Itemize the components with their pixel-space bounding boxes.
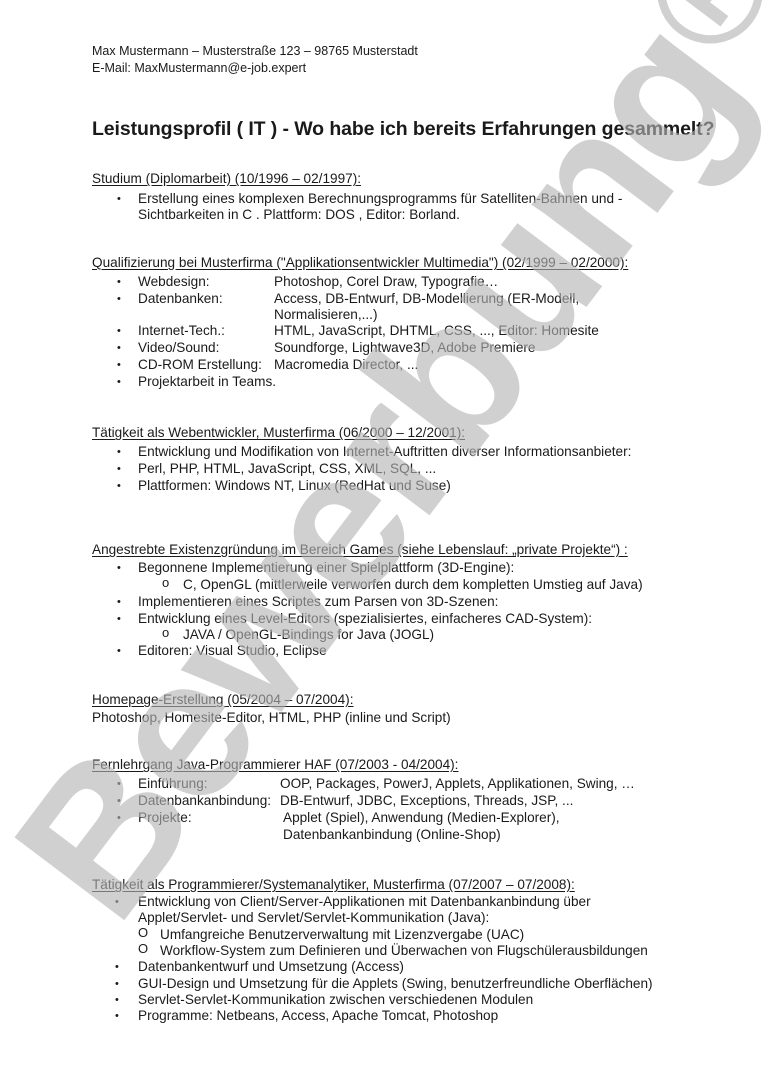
row-value: Macromedia Director, ...: [274, 356, 418, 373]
list-item: GUI-Design und Umsetzung für die Applets…: [138, 975, 653, 992]
sub-bullet-icon: o: [162, 575, 169, 590]
row-value: Soundforge, Lightwave3D, Adobe Premiere: [274, 339, 535, 356]
plain-line: Photoshop, Homesite-Editor, HTML, PHP (i…: [92, 709, 451, 726]
row-label: Projekte:: [138, 809, 192, 826]
bullet-icon: •: [117, 480, 121, 492]
bullet-icon: •: [117, 359, 121, 371]
bullet-icon: •: [117, 812, 121, 824]
bullet-icon: •: [117, 562, 121, 574]
bullet-icon: •: [117, 446, 121, 458]
section-heading-homepage: Homepage-Erstellung (05/2004 – 07/2004):: [92, 692, 353, 707]
bullet-icon: •: [117, 293, 121, 305]
sub-bullet-icon: O: [138, 941, 148, 956]
sub-list-item: C, OpenGL (mittlerweile verworfen durch …: [183, 576, 643, 593]
page-title: Leistungsprofil ( IT ) - Wo habe ich ber…: [92, 118, 714, 141]
bullet-icon: •: [117, 645, 121, 657]
row-label: Datenbanken:: [138, 290, 223, 307]
bullet-icon: •: [117, 193, 121, 205]
bullet-icon: •: [117, 613, 121, 625]
list-item: Erstellung eines komplexen Berechnungspr…: [138, 190, 622, 207]
row-label: Projektarbeit in Teams.: [138, 373, 276, 390]
row-value: OOP, Packages, PowerJ, Applets, Applikat…: [280, 775, 635, 792]
row-label: Webdesign:: [138, 273, 210, 290]
bullet-icon: •: [117, 342, 121, 354]
bullet-icon: •: [117, 325, 121, 337]
bullet-icon: •: [117, 596, 121, 608]
bullet-icon: •: [115, 961, 119, 973]
bullet-icon: •: [117, 778, 121, 790]
bullet-icon: •: [117, 463, 121, 475]
sub-bullet-icon: O: [138, 925, 148, 940]
list-item: Editoren: Visual Studio, Eclipse: [138, 642, 327, 659]
list-item-continuation: Sichtbarkeiten in C . Plattform: DOS , E…: [138, 206, 460, 223]
section-heading-existenzgruendung: Angestrebte Existenzgründung im Bereich …: [92, 542, 628, 557]
section-heading-programmierer: Tätigkeit als Programmierer/Systemanalyt…: [92, 877, 575, 892]
row-label: Datenbankanbindung:: [138, 792, 271, 809]
section-heading-qualifizierung: Qualifizierung bei Musterfirma ("Applika…: [92, 255, 628, 270]
row-value: Applet (Spiel), Anwendung (Medien-Explor…: [283, 809, 560, 826]
row-value: Access, DB-Entwurf, DB-Modellierung (ER-…: [274, 290, 579, 307]
list-item: Entwicklung von Client/Server-Applikatio…: [138, 893, 591, 910]
row-label: Video/Sound:: [138, 339, 219, 356]
bullet-icon: •: [115, 896, 119, 908]
sub-bullet-icon: o: [162, 625, 169, 640]
list-item-continuation: Applet/Servlet- und Servlet/Servlet-Komm…: [138, 909, 489, 926]
resume-page: Max Mustermann – Musterstraße 123 – 9876…: [0, 0, 768, 1086]
bullet-icon: •: [115, 994, 119, 1006]
bullet-icon: •: [117, 376, 121, 388]
row-label: Einführung:: [138, 775, 208, 792]
row-value-continuation: Datenbankanbindung (Online-Shop): [283, 826, 501, 843]
list-item: Plattformen: Windows NT, Linux (RedHat u…: [138, 477, 451, 494]
list-item: Entwicklung eines Level-Editors (spezial…: [138, 610, 592, 627]
bullet-icon: •: [115, 1010, 119, 1022]
sub-list-item: JAVA / OpenGL-Bindings for Java (JOGL): [183, 626, 434, 643]
section-heading-webentwickler: Tätigkeit als Webentwickler, Musterfirma…: [92, 425, 465, 440]
registered-icon: ®: [609, 0, 768, 85]
header-email: E-Mail: MaxMustermann@e-job.expert: [92, 60, 306, 76]
bullet-icon: •: [115, 978, 119, 990]
list-item: Programme: Netbeans, Access, Apache Tomc…: [138, 1007, 498, 1024]
row-label: CD-ROM Erstellung:: [138, 356, 262, 373]
row-value: Photoshop, Corel Draw, Typografie…: [274, 273, 498, 290]
row-value: DB-Entwurf, JDBC, Exceptions, Threads, J…: [280, 792, 573, 809]
list-item: Implementieren eines Scriptes zum Parsen…: [138, 593, 498, 610]
list-item: Entwicklung und Modifikation von Interne…: [138, 443, 631, 460]
sub-list-item: Workflow-System zum Definieren und Überw…: [160, 942, 648, 959]
section-heading-studium: Studium (Diplomarbeit) (10/1996 – 02/199…: [92, 171, 361, 186]
row-label: Internet-Tech.:: [138, 322, 225, 339]
row-value-continuation: Normalisieren,...): [274, 306, 378, 323]
list-item: Datenbankentwurf und Umsetzung (Access): [138, 958, 404, 975]
bullet-icon: •: [117, 795, 121, 807]
list-item: Perl, PHP, HTML, JavaScript, CSS, XML, S…: [138, 460, 436, 477]
section-heading-fernlehrgang: Fernlehrgang Java-Programmierer HAF (07/…: [92, 757, 458, 772]
header-address: Max Mustermann – Musterstraße 123 – 9876…: [92, 43, 418, 59]
list-item: Begonnene Implementierung einer Spielpla…: [138, 559, 514, 576]
list-item: Servlet-Servlet-Kommunikation zwischen v…: [138, 991, 533, 1008]
sub-list-item: Umfangreiche Benutzerverwaltung mit Lize…: [160, 926, 524, 943]
bullet-icon: •: [117, 276, 121, 288]
row-value: HTML, JavaScript, DHTML, CSS, ..., Edito…: [274, 322, 599, 339]
